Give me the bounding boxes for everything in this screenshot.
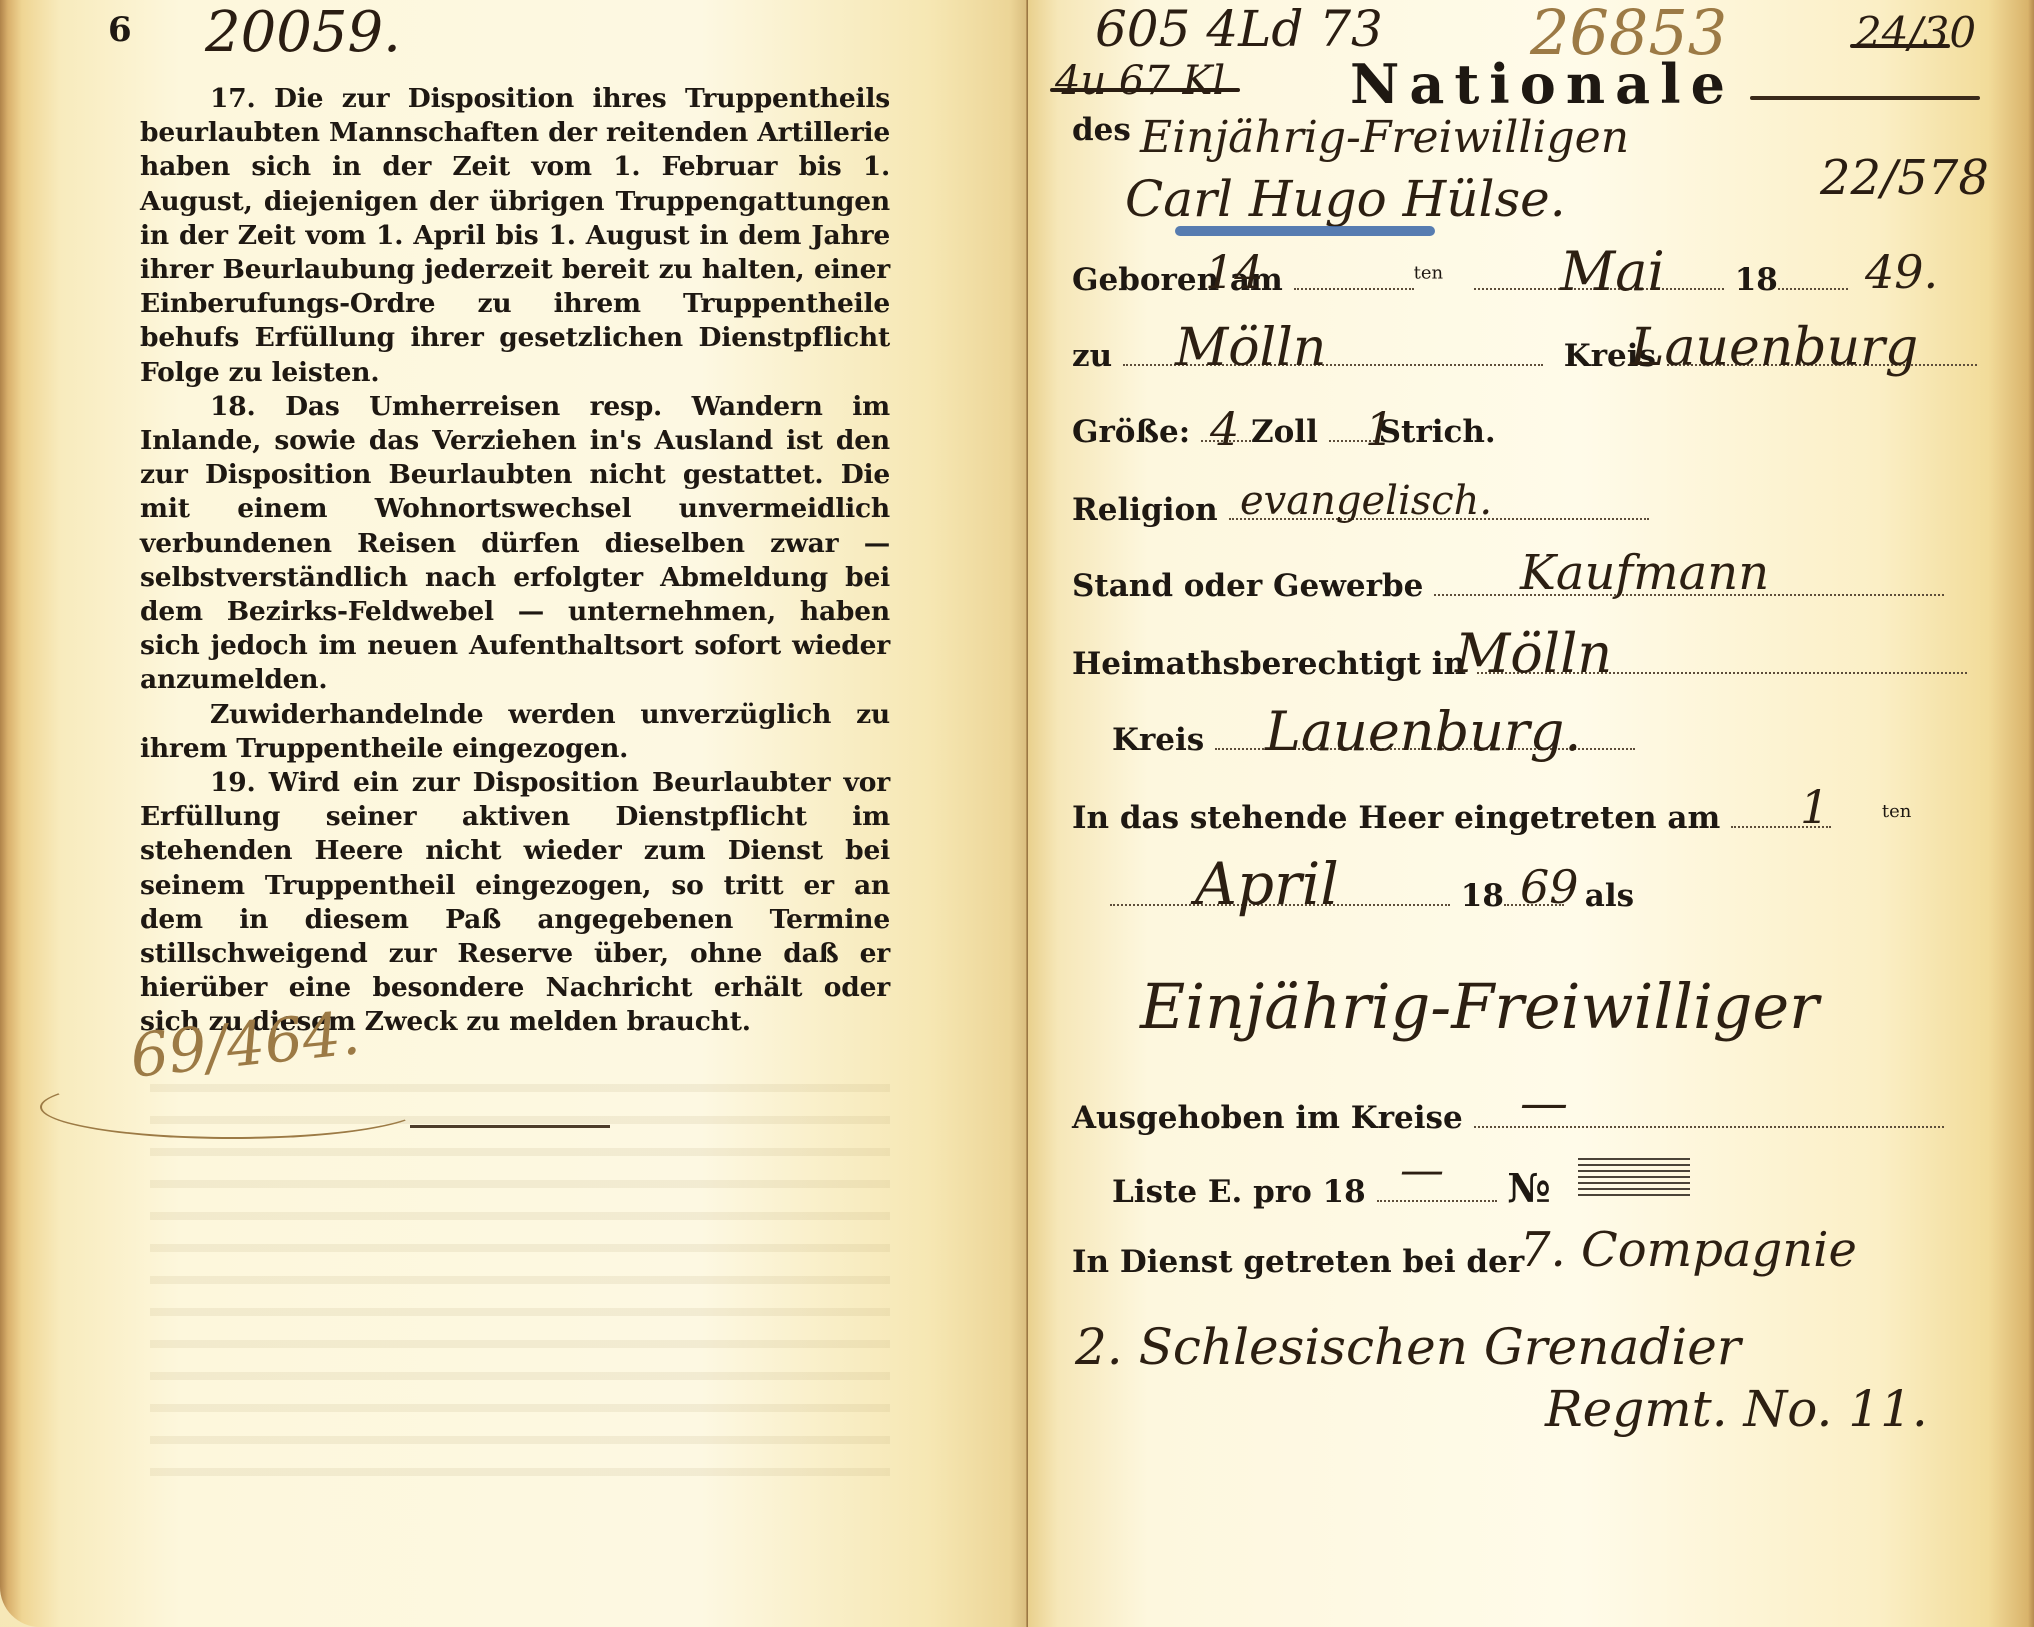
born-month: Mai bbox=[1560, 240, 1665, 303]
service-unit-line2: 2. Schlesischen Grenadier bbox=[1075, 1318, 1741, 1376]
height-row: Größe: Zoll Strich. bbox=[1072, 414, 1496, 450]
born-row: Geboren am ten 18 bbox=[1072, 262, 1848, 298]
service-row: In Dienst getreten bei der bbox=[1072, 1244, 1524, 1280]
paragraph-19: 19. Wird ein zur Disposition Beurlaubter… bbox=[140, 766, 890, 1040]
form-title: Nationale bbox=[1350, 52, 1735, 116]
occupation-value: Kaufmann bbox=[1520, 545, 1769, 601]
height-zoll-value: 4 bbox=[1210, 402, 1239, 456]
open-booklet: 6 20059. 17. Die zur Disposition ihres T… bbox=[0, 0, 2034, 1627]
list-row: Liste E. pro 18 № bbox=[1112, 1165, 1551, 1212]
paragraph-18: 18. Das Umherreisen resp. Wandern im Inl… bbox=[140, 390, 890, 698]
paragraph-penalty: Zuwiderhandelnde werden unverzüglich zu … bbox=[140, 698, 890, 766]
service-unit-line1: 7. Compagnie bbox=[1520, 1222, 1857, 1278]
drafted-value: — bbox=[1520, 1075, 1568, 1131]
annotation-top-right: 24/30 bbox=[1855, 8, 1976, 57]
occupation-row: Stand oder Gewerbe bbox=[1072, 568, 1944, 604]
enlisted-row: In das stehende Heer eingetreten am ten bbox=[1072, 800, 1911, 836]
religion-value: evangelisch. bbox=[1240, 478, 1492, 524]
annotation-number-right: 22/578 bbox=[1820, 150, 1989, 206]
list-value: — bbox=[1400, 1145, 1444, 1196]
strike-line bbox=[1850, 44, 1950, 48]
born-day: 14 bbox=[1205, 245, 1264, 299]
annotation-top-left: 605 4Ld 73 bbox=[1095, 0, 1383, 58]
des-value-rank: Einjährig-Freiwilligen bbox=[1140, 112, 1629, 163]
blue-pencil-mark bbox=[1175, 226, 1435, 236]
enlisted-day: 1 bbox=[1800, 780, 1829, 834]
strike-line bbox=[1050, 88, 1240, 92]
born-year: 49. bbox=[1865, 245, 1938, 299]
strike-line bbox=[1750, 96, 1980, 100]
des-label: des bbox=[1072, 112, 1131, 148]
left-page: 6 20059. 17. Die zur Disposition ihres T… bbox=[0, 0, 1027, 1627]
enlisted-month: April bbox=[1195, 850, 1339, 918]
residence-district-value: Lauenburg. bbox=[1265, 700, 1581, 763]
handwritten-number-top: 20059. bbox=[205, 0, 401, 65]
height-strich-value: 1 bbox=[1365, 402, 1394, 456]
birth-district-value: Lauenburg bbox=[1630, 318, 1918, 378]
paragraph-17: 17. Die zur Disposition ihres Truppenthe… bbox=[140, 82, 890, 390]
service-unit-line3: Regmt. No. 11. bbox=[1545, 1380, 1928, 1438]
enlisted-year: 69 bbox=[1520, 860, 1579, 914]
numero-sign: № bbox=[1507, 1165, 1550, 1212]
regulations-text: 17. Die zur Disposition ihres Truppenthe… bbox=[140, 82, 890, 1040]
bleed-through-text bbox=[150, 1060, 890, 1480]
drafted-row: Ausgehoben im Kreise bbox=[1072, 1100, 1944, 1136]
numero-hatch-box bbox=[1578, 1158, 1690, 1200]
residence-value: Mölln bbox=[1455, 622, 1612, 685]
enlisted-as-value: Einjährig-Freiwilliger bbox=[1140, 970, 1819, 1043]
birthplace-value: Mölln bbox=[1175, 318, 1326, 378]
des-value-name: Carl Hugo Hülse. bbox=[1125, 170, 1566, 228]
annotation-struck: 4u 67 Kl bbox=[1055, 58, 1225, 104]
page-number: 6 bbox=[108, 10, 132, 50]
